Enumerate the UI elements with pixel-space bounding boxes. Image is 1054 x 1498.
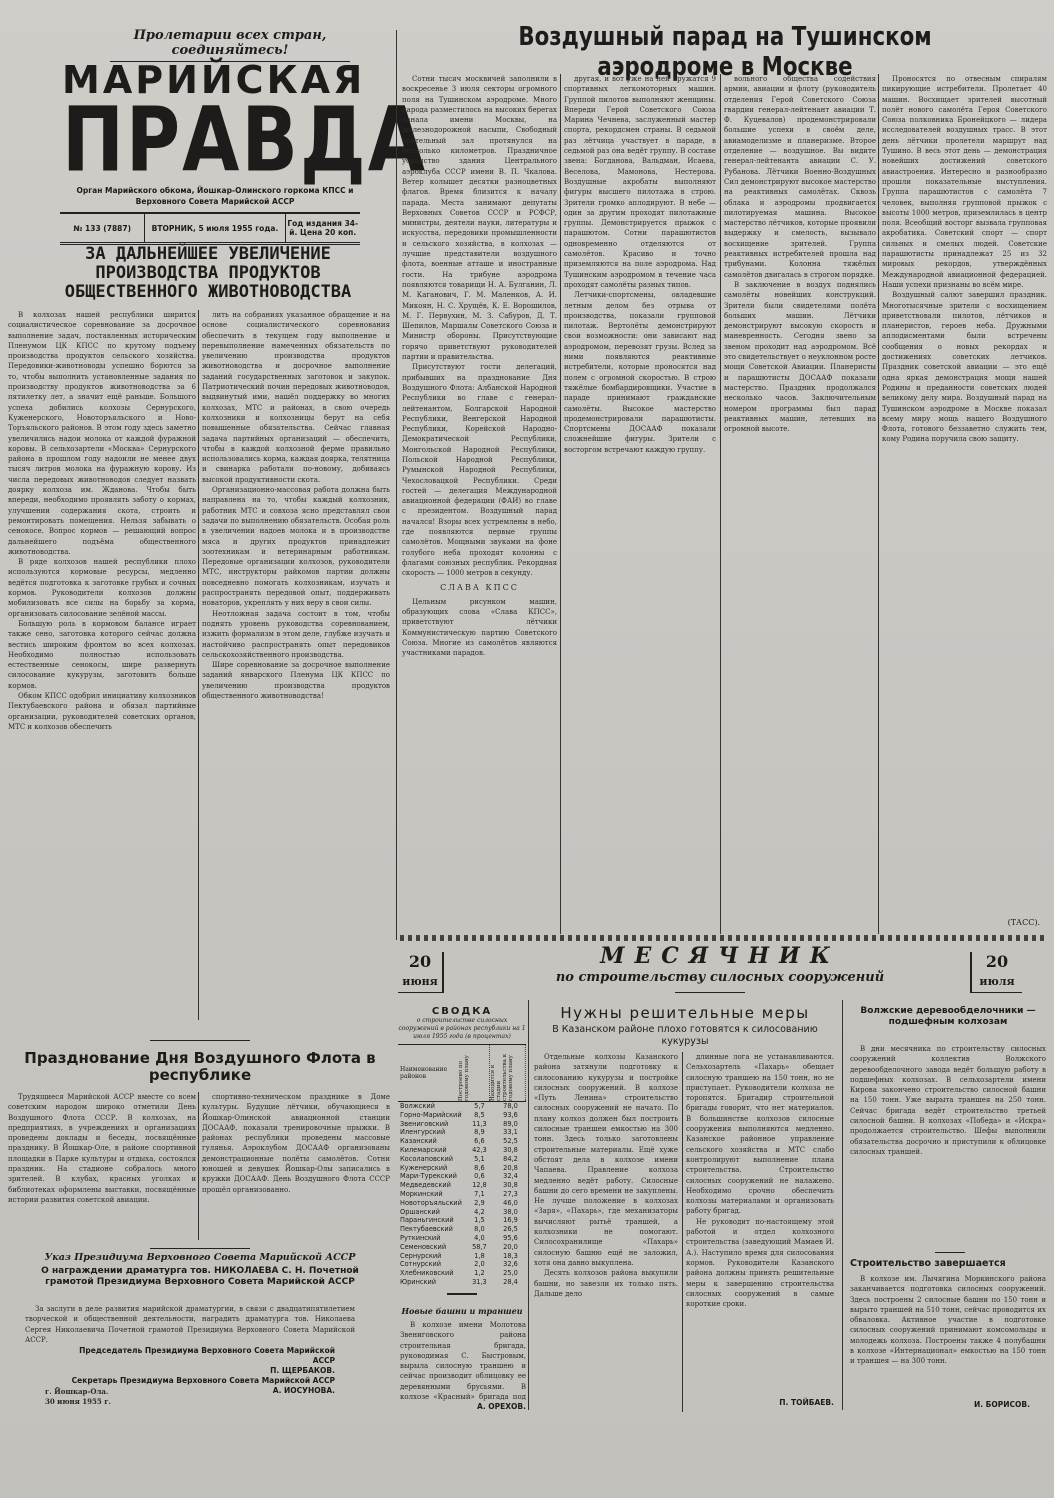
table-row: Руткинский4,095,6: [398, 1234, 526, 1243]
celebration-title: Празднование Дня Воздушного Флота в респ…: [20, 1050, 380, 1084]
column-divider: [198, 310, 199, 1020]
paragraph: вольного общества содействия армии, авиа…: [724, 74, 876, 280]
table-row: Оршанский4,238,0: [398, 1208, 526, 1217]
slava-kpss-heading: СЛАВА КПСС: [402, 583, 557, 593]
column-divider: [198, 1092, 199, 1240]
paragraph: Проносятся по отвесным спиралям пикирующ…: [882, 74, 1047, 290]
district-cell: Куженерский: [398, 1164, 464, 1173]
value-cell: 4,0: [464, 1234, 495, 1243]
column-divider: [528, 1000, 529, 1410]
issue-number: № 133 (7887): [60, 214, 144, 242]
paragraph: В колхозе им. Лычягина Моркинского район…: [850, 1274, 1046, 1367]
value-cell: 7,1: [464, 1190, 495, 1199]
decree-date: 30 июня 1955 г.: [45, 1397, 165, 1407]
ornament-rule: [150, 1248, 250, 1249]
paragraph: Присутствуют гости делегаций, прибывших …: [402, 362, 557, 578]
paragraph: длинные лога не устанавливаются. Сельхоз…: [686, 1052, 834, 1217]
paragraph: Не руководит по-настоящему этой работой …: [686, 1217, 834, 1310]
summary-title: СВОДКА: [398, 1006, 526, 1017]
table-row: Семеновский58,720,0: [398, 1243, 526, 1252]
newspaper-page: Пролетарии всех стран, соединяйтесь! МАР…: [0, 0, 1054, 1498]
chair-title: Председатель Президиума Верховного Совет…: [60, 1346, 335, 1366]
paragraph: Отдельные колхозы Казанского района затя…: [534, 1052, 678, 1268]
ornament-rule: [935, 1252, 965, 1253]
date-month: июня: [398, 972, 442, 992]
district-cell: Медведевский: [398, 1181, 464, 1190]
column-divider: [682, 1052, 683, 1412]
column-header: Находится в стадии строительства к годов…: [490, 1045, 526, 1101]
table-row: Звениговский11,389,0: [398, 1120, 526, 1129]
wavy-separator: [400, 935, 1045, 941]
new-towers-title: Новые башни и траншеи: [398, 1306, 526, 1316]
paragraph: спортивно-техническом празднике в Доме к…: [202, 1092, 390, 1195]
paragraph: В заключение в воздух поднялись самолёты…: [724, 280, 876, 434]
table-row: Иленгурский8,933,1: [398, 1128, 526, 1137]
table-row: Волжский5,778,0: [398, 1102, 526, 1111]
value-cell: 8,5: [464, 1111, 495, 1120]
column-divider: [842, 1000, 843, 1410]
district-cell: Оршанский: [398, 1208, 464, 1217]
value-cell: 58,7: [464, 1243, 495, 1252]
date-box-right: 20 июля: [970, 952, 1022, 993]
table-row: Юринский31,328,4: [398, 1278, 526, 1287]
air-parade-column-3: вольного общества содействия армии, авиа…: [724, 74, 876, 934]
lead-article-title: ЗА ДАЛЬНЕЙШЕЕ УВЕЛИЧЕНИЕ ПРОИЗВОДСТВА ПР…: [58, 245, 358, 302]
underline-rule: [675, 992, 745, 993]
district-cell: Пектубаевский: [398, 1225, 464, 1234]
month-campaign-title: МЕСЯЧНИК: [560, 943, 880, 969]
value-cell: 42,3: [464, 1146, 495, 1155]
paragraph: Большую роль в кормовом балансе играет т…: [8, 619, 196, 691]
value-cell: 33,1: [495, 1128, 526, 1137]
date-day: 20: [398, 952, 442, 972]
value-cell: 30,8: [495, 1181, 526, 1190]
value-cell: 16,9: [495, 1216, 526, 1225]
month-campaign-subtitle: по строительству силосных сооружений: [530, 970, 910, 985]
district-cell: Иленгурский: [398, 1128, 464, 1137]
decisive-measures-column-2: длинные лога не устанавливаются. Сельхоз…: [686, 1052, 834, 1397]
table-row: Сотнурский2,032,6: [398, 1260, 526, 1269]
construction-done-title: Строительство завершается: [850, 1258, 1046, 1269]
table-row: Хлебниковский1,225,0: [398, 1269, 526, 1278]
ornament-rule: [150, 1040, 250, 1042]
value-cell: 26,5: [495, 1225, 526, 1234]
value-cell: 11,3: [464, 1120, 495, 1129]
summary-subtitle: о строительстве силосных сооружений в ра…: [398, 1017, 526, 1041]
paragraph: Организационно-массовая работа должна бы…: [202, 485, 390, 609]
column-header: Наименование районов: [398, 1045, 458, 1101]
decree-heading: Указ Президиума Верховного Совета Марийс…: [10, 1252, 390, 1263]
air-parade-title: Воздушный парад на Тушинском аэродроме в…: [463, 22, 988, 82]
district-cell: Килемарский: [398, 1146, 464, 1155]
tass-credit: (ТАСС).: [950, 918, 1040, 927]
value-cell: 52,5: [495, 1137, 526, 1146]
value-cell: 0,6: [464, 1172, 495, 1181]
celebration-column-2: спортивно-техническом празднике в Доме к…: [202, 1092, 390, 1242]
paragraph: За заслуги в деле развития марийской дра…: [25, 1304, 355, 1344]
volzhsk-title: Волжские деревообделочники — подшефным к…: [848, 1006, 1048, 1028]
value-cell: 8,6: [464, 1164, 495, 1173]
value-cell: 18,3: [495, 1252, 526, 1261]
paragraph: Десять колхозов района выкупили башни, н…: [534, 1268, 678, 1299]
date-box-left: 20 июня: [398, 952, 444, 993]
air-parade-column-1: Сотни тысяч москвичей заполнили в воскре…: [402, 74, 557, 934]
decisive-measures-signature: П. ТОЙБАЕВ.: [686, 1398, 834, 1408]
decisive-measures-column-1: Отдельные колхозы Казанского района затя…: [534, 1052, 678, 1412]
decisive-measures-title: Нужны решительные меры: [535, 1004, 835, 1022]
table-row: Новоторъяльский2,946,0: [398, 1199, 526, 1208]
district-cell: Казанский: [398, 1137, 464, 1146]
section-divider: [396, 30, 397, 940]
paragraph: Воздушный салют завершил праздник. Много…: [882, 290, 1047, 444]
value-cell: 93,6: [495, 1111, 526, 1120]
district-cell: Юринский: [398, 1278, 464, 1287]
table-row: Килемарский42,330,8: [398, 1146, 526, 1155]
paragraph: Цельным рисунком машин, образующих слова…: [402, 597, 557, 659]
paragraph: В ряде колхозов нашей республики плохо и…: [8, 557, 196, 619]
decree-place: г. Йошкар-Ола.: [45, 1387, 165, 1397]
district-cell: Новоторъяльский: [398, 1199, 464, 1208]
paragraph: В колхозах нашей республики ширится соци…: [8, 310, 196, 557]
value-cell: 2,9: [464, 1199, 495, 1208]
value-cell: 25,0: [495, 1269, 526, 1278]
lead-article-column-2: лить на собраниях указанное обращение и …: [202, 310, 390, 1018]
paragraph: Сотни тысяч москвичей заполнили в воскре…: [402, 74, 557, 362]
newspaper-name-line2: ПРАВДА: [62, 96, 352, 185]
value-cell: 32,4: [495, 1172, 526, 1181]
column-divider: [720, 74, 721, 934]
table-row: Косолаповский5,184,2: [398, 1155, 526, 1164]
decree-body: За заслуги в деле развития марийской дра…: [25, 1304, 355, 1344]
district-cell: Звениговский: [398, 1120, 464, 1129]
value-cell: 32,6: [495, 1260, 526, 1269]
table-row: Куженерский8,620,8: [398, 1164, 526, 1173]
decisive-measures-subtitle: В Казанском районе плохо готовятся к сил…: [540, 1024, 830, 1048]
table-row: Медведевский12,830,8: [398, 1181, 526, 1190]
district-cell: Сотнурский: [398, 1260, 464, 1269]
column-divider: [878, 74, 879, 934]
value-cell: 31,3: [464, 1278, 495, 1287]
table-row: Сернурский1,818,3: [398, 1252, 526, 1261]
table-row: Моркинский7,127,3: [398, 1190, 526, 1199]
value-cell: 27,3: [495, 1190, 526, 1199]
organ-line: Орган Марийского обкома, Йошкар-Олинског…: [70, 185, 360, 207]
value-cell: 30,8: [495, 1146, 526, 1155]
value-cell: 5,7: [464, 1102, 495, 1111]
new-towers-body: В колхозе имени Молотова Звениговского р…: [400, 1320, 526, 1402]
construction-done-signature: И. БОРИСОВ.: [850, 1400, 1030, 1410]
district-cell: Горно-Марийский: [398, 1111, 464, 1120]
value-cell: 20,0: [495, 1243, 526, 1252]
district-cell: Сернурский: [398, 1252, 464, 1261]
paragraph: другая, и вот уже на ней кружатся 9 спор…: [564, 74, 716, 290]
district-cell: Моркинский: [398, 1190, 464, 1199]
value-cell: 8,9: [464, 1128, 495, 1137]
decree-subheading: О награждении драматурга тов. НИКОЛАЕВА …: [40, 1266, 360, 1288]
value-cell: 84,2: [495, 1155, 526, 1164]
date-month: июля: [972, 972, 1022, 992]
paragraph: Летчики-спортсмены, овладевшие летным де…: [564, 290, 716, 455]
value-cell: 89,0: [495, 1120, 526, 1129]
value-cell: 2,0: [464, 1260, 495, 1269]
table-row: Мари-Турекский0,632,4: [398, 1172, 526, 1181]
summary-block: СВОДКА о строительстве силосных сооружен…: [398, 1006, 526, 1295]
paragraph: В колхозе имени Молотова Звениговского р…: [400, 1320, 526, 1402]
value-cell: 46,0: [495, 1199, 526, 1208]
date-day: 20: [972, 952, 1022, 972]
secretary-title: Секретарь Президиума Верховного Совета М…: [60, 1376, 335, 1386]
district-cell: Мари-Турекский: [398, 1172, 464, 1181]
issue-date: ВТОРНИК, 5 июля 1955 года.: [144, 214, 284, 242]
value-cell: 4,2: [464, 1208, 495, 1217]
value-cell: 12,8: [464, 1181, 495, 1190]
column-header: Построено по годовому плану: [458, 1045, 490, 1101]
table-row: Горно-Марийский8,593,6: [398, 1111, 526, 1120]
column-divider: [560, 74, 561, 934]
value-cell: 28,4: [495, 1278, 526, 1287]
motto: Пролетарии всех стран, соединяйтесь!: [110, 28, 350, 62]
value-cell: 1,8: [464, 1252, 495, 1261]
new-towers-signature: А. ОРЕХОВ.: [400, 1402, 526, 1412]
value-cell: 6,6: [464, 1137, 495, 1146]
district-cell: Параньгинский: [398, 1216, 464, 1225]
paragraph: Неотложная задача состоит в том, чтобы п…: [202, 609, 390, 660]
table-row: Пектубаевский8,026,5: [398, 1225, 526, 1234]
value-cell: 95,6: [495, 1234, 526, 1243]
value-cell: 20,8: [495, 1164, 526, 1173]
value-cell: 78,0: [495, 1102, 526, 1111]
paragraph: В дни месячника по строительству силосны…: [850, 1044, 1046, 1157]
paragraph: Шире соревнование за досрочное выполнени…: [202, 660, 390, 701]
paragraph: Трудящиеся Марийской АССР вместе со всем…: [8, 1092, 196, 1205]
air-parade-column-2: другая, и вот уже на ней кружатся 9 спор…: [564, 74, 716, 934]
construction-done-body: В колхозе им. Лычягина Моркинского район…: [850, 1274, 1046, 1392]
district-cell: Волжский: [398, 1102, 464, 1111]
value-cell: 1,5: [464, 1216, 495, 1225]
paragraph: лить на собраниях указанное обращение и …: [202, 310, 390, 485]
air-parade-column-4: Проносятся по отвесным спиралям пикирующ…: [882, 74, 1047, 904]
table-row: Параньгинский1,516,9: [398, 1216, 526, 1225]
table-row: Казанский6,652,5: [398, 1137, 526, 1146]
decree-place-date: г. Йошкар-Ола. 30 июня 1955 г.: [45, 1387, 165, 1408]
celebration-column-1: Трудящиеся Марийской АССР вместе со всем…: [8, 1092, 196, 1242]
chair-name: П. ЩЕРБАКОВ.: [60, 1366, 335, 1376]
district-cell: Косолаповский: [398, 1155, 464, 1164]
district-cell: Руткинский: [398, 1234, 464, 1243]
ornament-rule: [447, 1293, 477, 1295]
summary-table: Волжский5,778,0Горно-Марийский8,593,6Зве…: [398, 1102, 526, 1287]
value-cell: 8,0: [464, 1225, 495, 1234]
paragraph: Обком КПСС одобрил инициативу колхознико…: [8, 691, 196, 732]
summary-table-header: Наименование районов Построено по годово…: [398, 1044, 526, 1102]
value-cell: 5,1: [464, 1155, 495, 1164]
issue-info-bar: № 133 (7887) ВТОРНИК, 5 июля 1955 года. …: [60, 212, 360, 245]
district-cell: Хлебниковский: [398, 1269, 464, 1278]
value-cell: 1,2: [464, 1269, 495, 1278]
volzhsk-body: В дни месячника по строительству силосны…: [850, 1044, 1046, 1244]
value-cell: 38,0: [495, 1208, 526, 1217]
year-price: Год издания 34-й. Цена 20 коп.: [285, 214, 361, 242]
lead-article-column-1: В колхозах нашей республики ширится соци…: [8, 310, 196, 1018]
district-cell: Семеновский: [398, 1243, 464, 1252]
